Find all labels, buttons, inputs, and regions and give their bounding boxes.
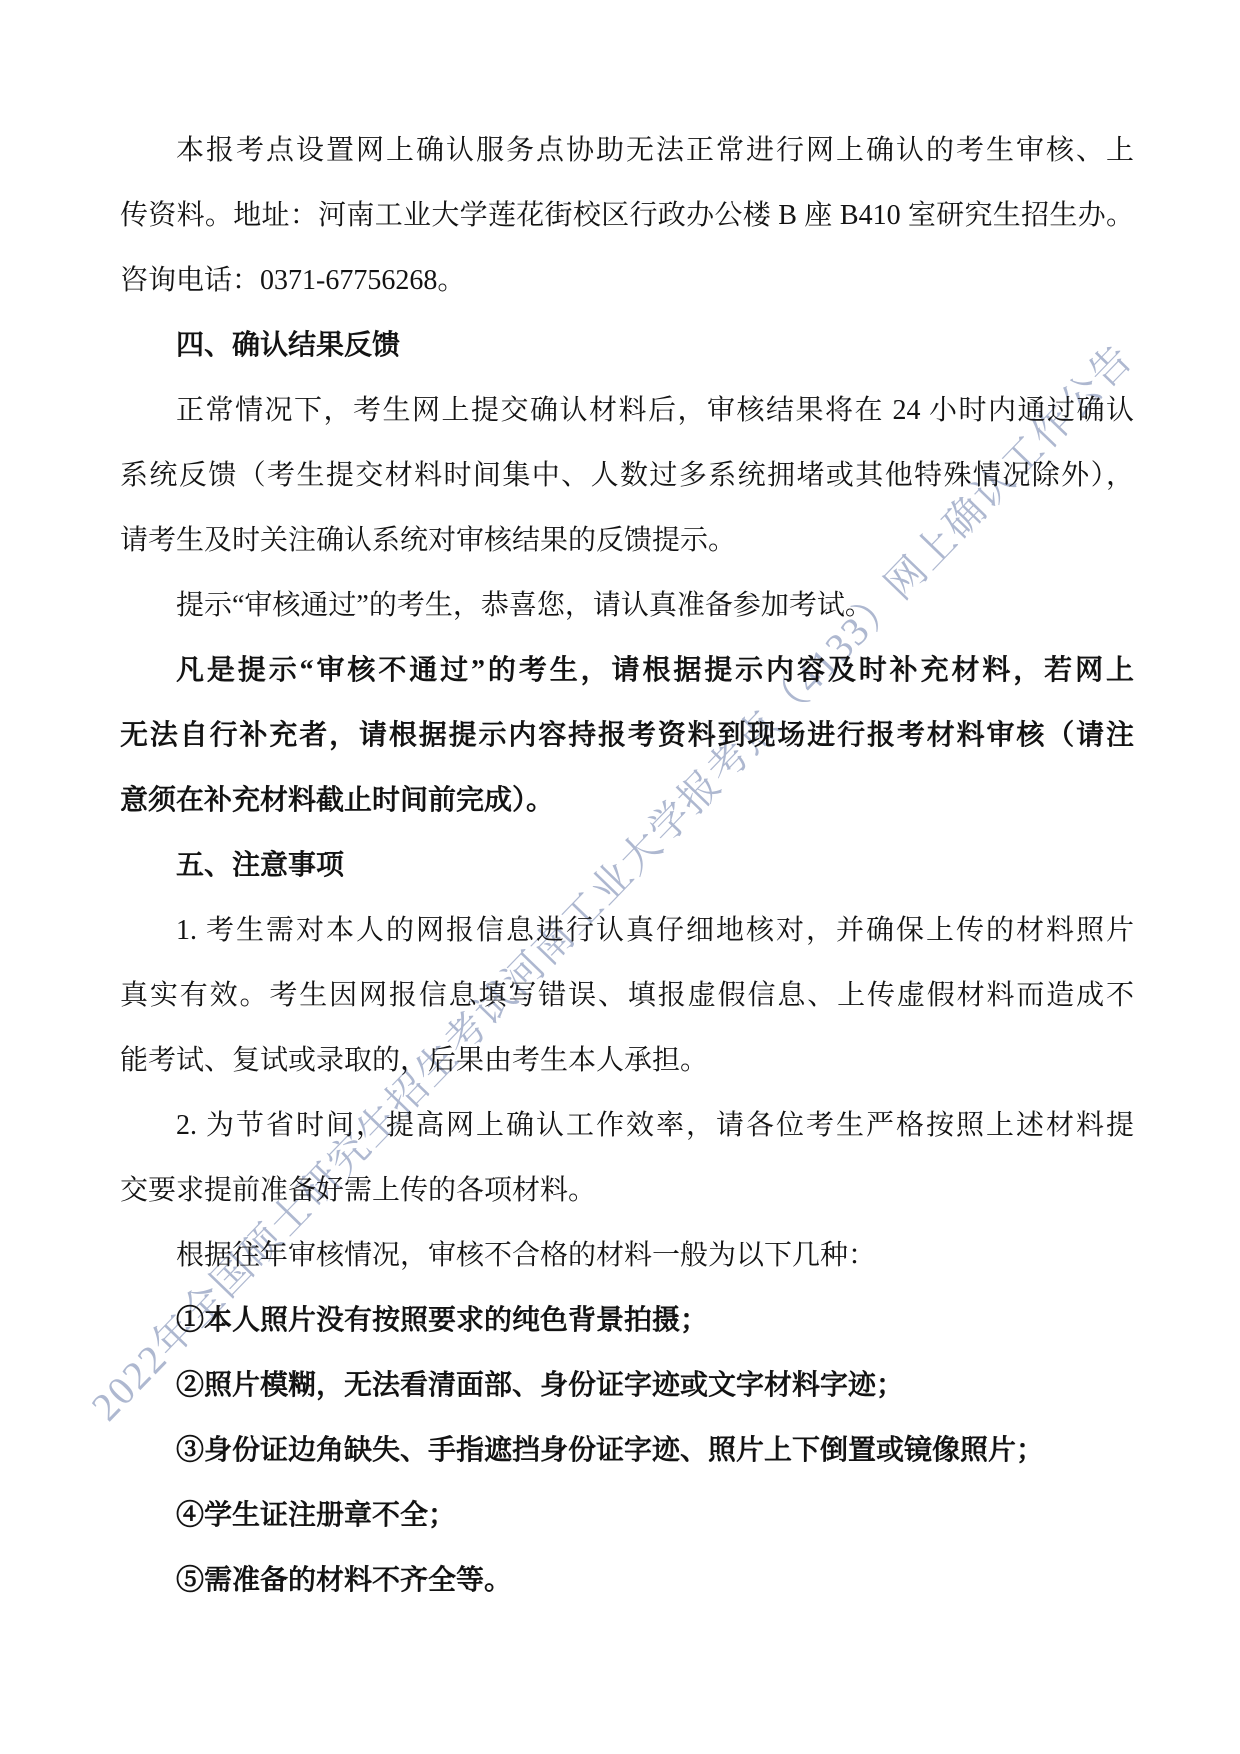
document-line: ③身份证边角缺失、手指遮挡身份证字迹、照片上下倒置或镜像照片； xyxy=(120,1418,1134,1483)
document-line: ⑤需准备的材料不齐全等。 xyxy=(120,1548,1134,1613)
document-line: 传资料。地址：河南工业大学莲花街校区行政办公楼 B 座 B410 室研究生招生办… xyxy=(120,183,1134,248)
document-line: ①本人照片没有按照要求的纯色背景拍摄； xyxy=(120,1288,1134,1353)
document-line: 凡是提示“审核不通过”的考生，请根据提示内容及时补充材料，若网上 xyxy=(120,638,1134,703)
document-line: 正常情况下，考生网上提交确认材料后，审核结果将在 24 小时内通过确认 xyxy=(120,378,1134,443)
document-line: 意须在补充材料截止时间前完成）。 xyxy=(120,768,1134,833)
document-line: 五、注意事项 xyxy=(120,833,1134,898)
document-line: 能考试、复试或录取的，后果由考生本人承担。 xyxy=(120,1028,1134,1093)
document-line: 交要求提前准备好需上传的各项材料。 xyxy=(120,1158,1134,1223)
document-line: ②照片模糊，无法看清面部、身份证字迹或文字材料字迹； xyxy=(120,1353,1134,1418)
document-line: 1. 考生需对本人的网报信息进行认真仔细地核对，并确保上传的材料照片 xyxy=(120,898,1134,963)
document-line: 系统反馈（考生提交材料时间集中、人数过多系统拥堵或其他特殊情况除外）， xyxy=(120,443,1134,508)
document-line: 请考生及时关注确认系统对审核结果的反馈提示。 xyxy=(120,508,1134,573)
document-line: 四、确认结果反馈 xyxy=(120,313,1134,378)
document-line: ④学生证注册章不全； xyxy=(120,1483,1134,1548)
document-line: 无法自行补充者，请根据提示内容持报考资料到现场进行报考材料审核（请注 xyxy=(120,703,1134,768)
document-line: 2. 为节省时间，提高网上确认工作效率，请各位考生严格按照上述材料提 xyxy=(120,1093,1134,1158)
document-body: 本报考点设置网上确认服务点协助无法正常进行网上确认的考生审核、上传资料。地址：河… xyxy=(120,118,1134,1613)
document-page: 2022年全国硕士研究生招生考试河南工业大学报考点（4133）网上确认工作公告 … xyxy=(0,0,1240,1754)
document-line: 根据往年审核情况，审核不合格的材料一般为以下几种： xyxy=(120,1223,1134,1288)
document-line: 真实有效。考生因网报信息填写错误、填报虚假信息、上传虚假材料而造成不 xyxy=(120,963,1134,1028)
document-line: 咨询电话：0371-67756268。 xyxy=(120,248,1134,313)
document-line: 本报考点设置网上确认服务点协助无法正常进行网上确认的考生审核、上 xyxy=(120,118,1134,183)
document-line: 提示“审核通过”的考生，恭喜您，请认真准备参加考试。 xyxy=(120,573,1134,638)
